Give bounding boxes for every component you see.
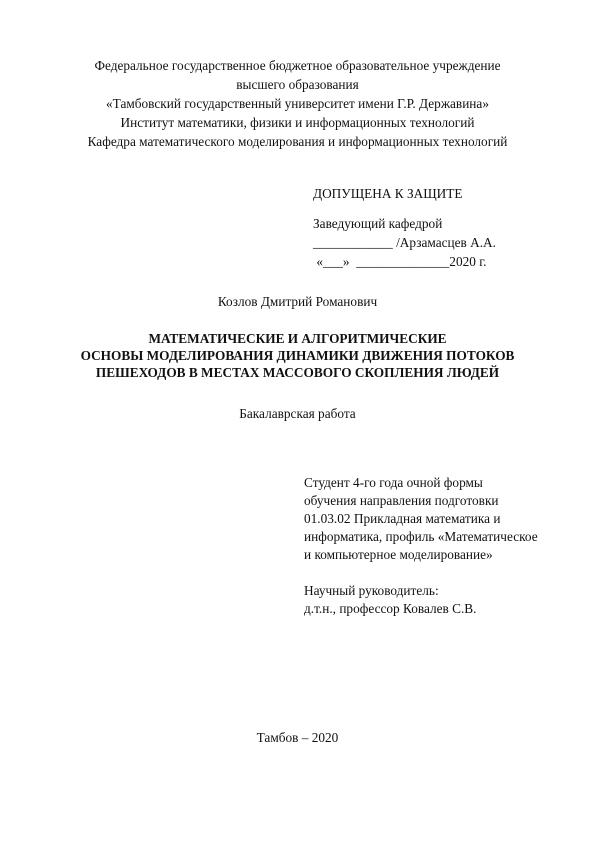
author-name: Козлов Дмитрий Романович [0,292,595,311]
header-line: Институт математики, физики и информацио… [60,113,535,132]
work-type: Бакалаврская работа [0,404,595,423]
header-line: Федеральное государственное бюджетное об… [60,56,535,75]
student-info-block: Студент 4-го года очной формы обучения н… [304,474,538,618]
approval-position: Заведующий кафедрой [313,214,496,233]
student-line: Студент 4-го года очной формы [304,474,538,492]
header-line: Кафедра математического моделирования и … [60,132,535,151]
document-page: Федеральное государственное бюджетное об… [0,0,595,841]
student-line: информатика, профиль «Математическое [304,528,538,546]
title-line: МАТЕМАТИЧЕСКИЕ И АЛГОРИТМИЧЕСКИЕ [40,330,555,347]
city-year-footer: Тамбов – 2020 [0,728,595,747]
student-line: обучения направления подготовки [304,492,538,510]
header-line: высшего образования [60,75,535,94]
supervisor-label: Научный руководитель: [304,582,538,600]
approval-heading: ДОПУЩЕНА К ЗАЩИТЕ [313,184,496,203]
approval-signature-line: ____________ /Арзамасцев А.А. [313,233,496,252]
student-line: и компьютерное моделирование» [304,546,538,564]
approval-date-line: «___» ______________2020 г. [313,252,496,271]
student-line: 01.03.02 Прикладная математика и [304,510,538,528]
title-line: ОСНОВЫ МОДЕЛИРОВАНИЯ ДИНАМИКИ ДВИЖЕНИЯ П… [40,347,555,364]
approval-block: ДОПУЩЕНА К ЗАЩИТЕ Заведующий кафедрой __… [313,184,496,271]
thesis-title: МАТЕМАТИЧЕСКИЕ И АЛГОРИТМИЧЕСКИЕ ОСНОВЫ … [40,330,555,381]
institution-header: Федеральное государственное бюджетное об… [60,56,535,151]
title-line: ПЕШЕХОДОВ В МЕСТАХ МАССОВОГО СКОПЛЕНИЯ Л… [40,364,555,381]
supervisor-name: д.т.н., профессор Ковалев С.В. [304,600,538,618]
header-line: «Тамбовский государственный университет … [60,94,535,113]
